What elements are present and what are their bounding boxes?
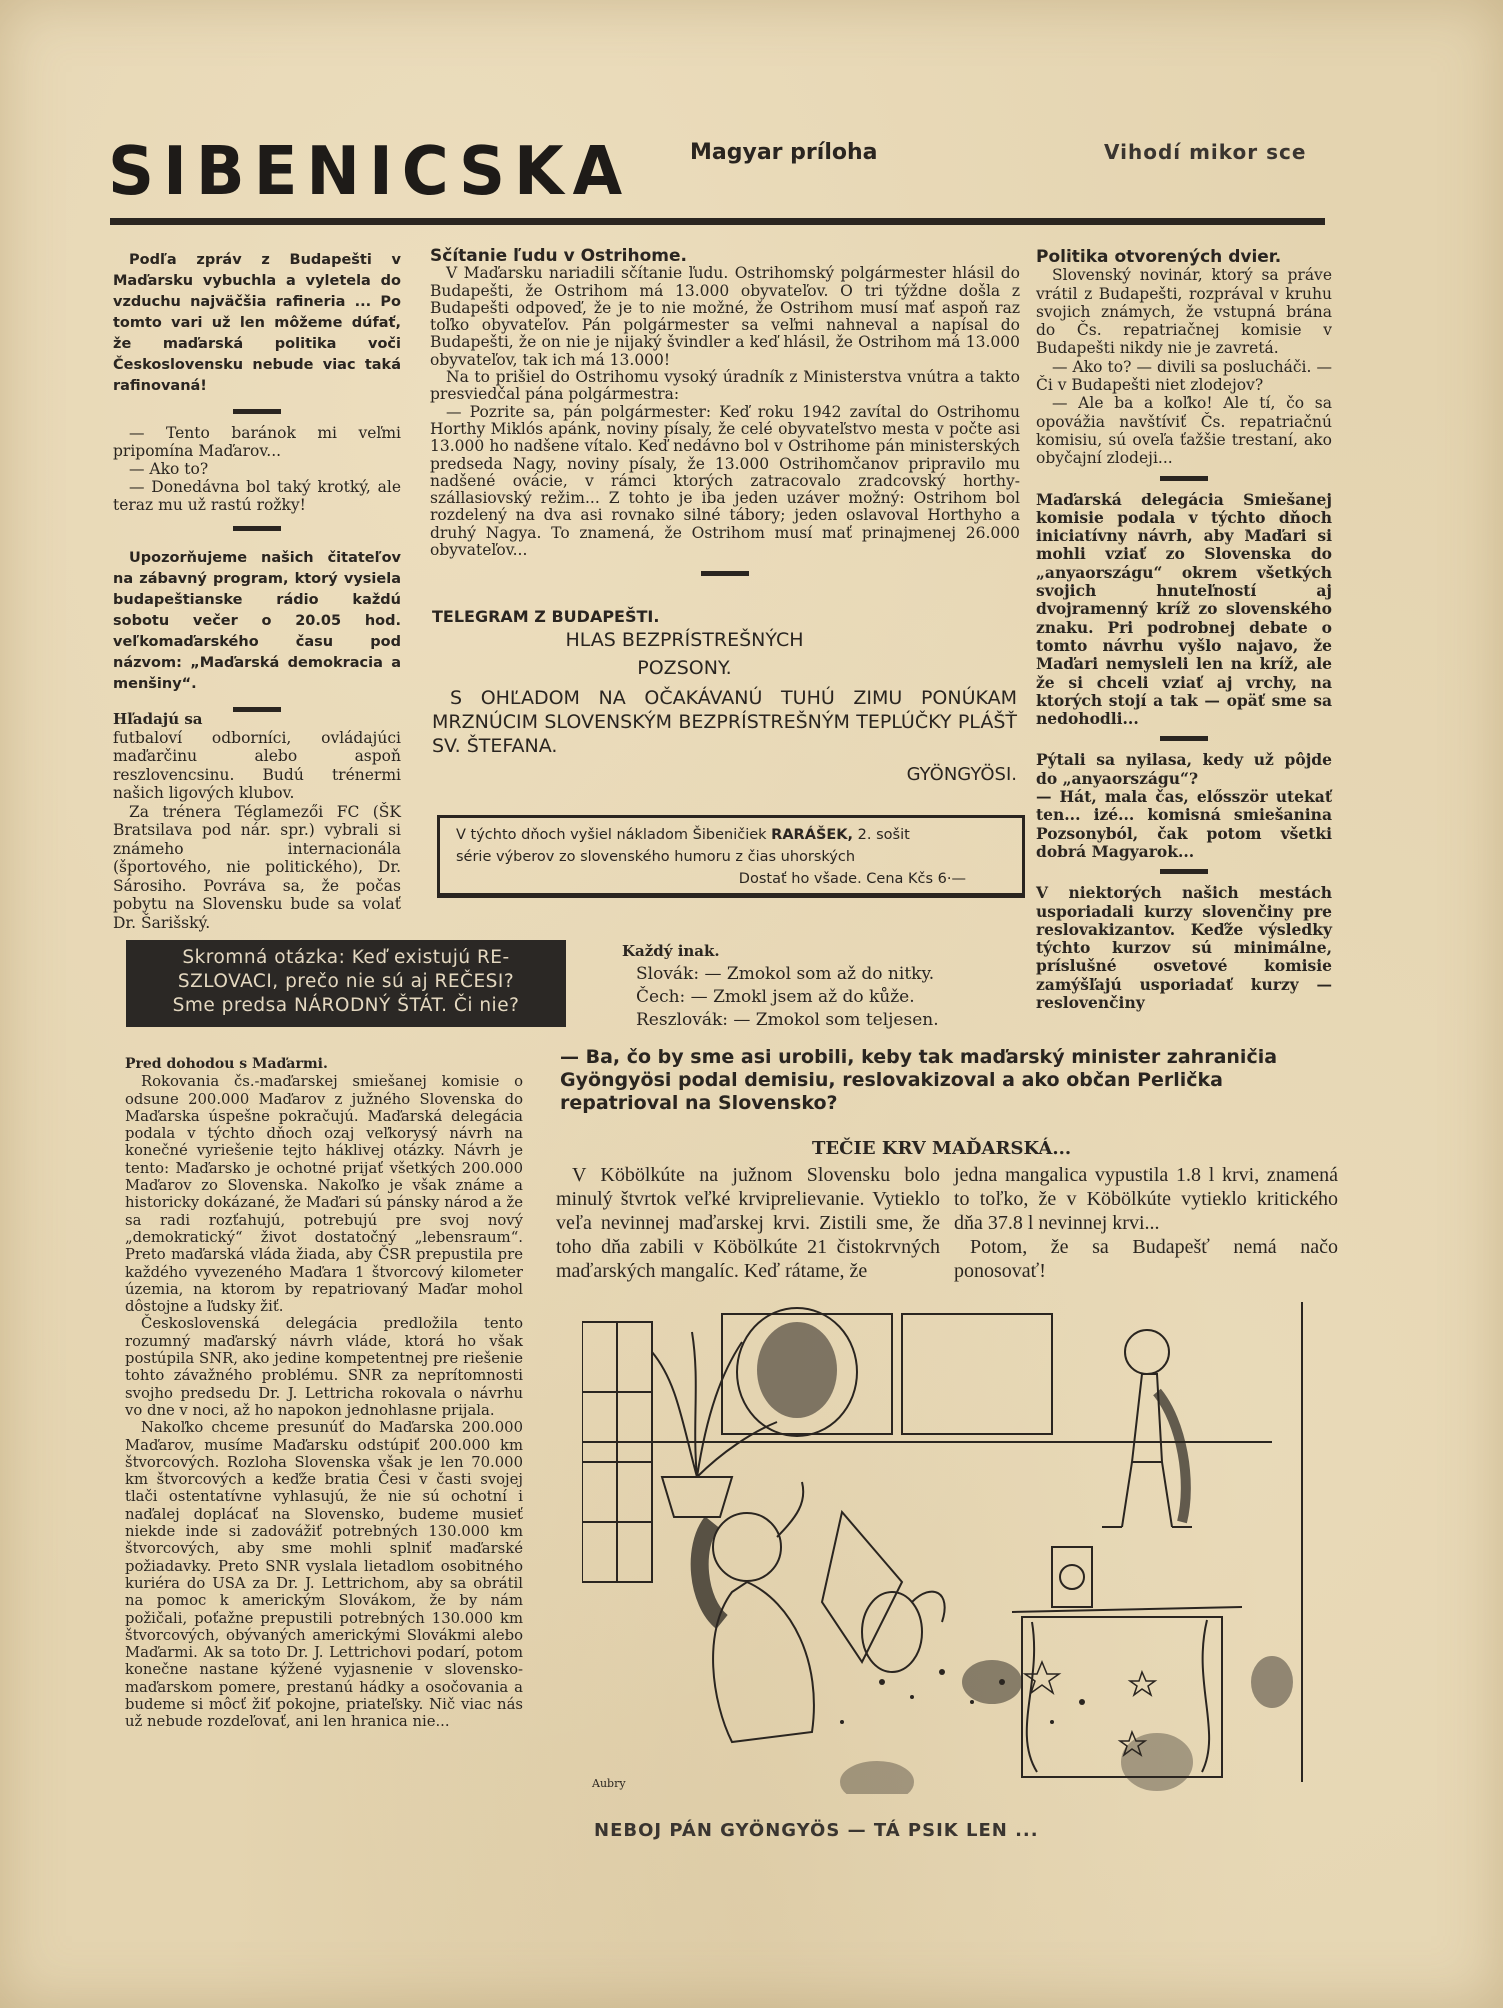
everybody-line: Reszlovák: — Zmokol som teljesen.	[622, 1009, 1022, 1032]
telegram-body: S OHĽADOM NA OČAKÁVANÚ TUHÚ ZIMU PONÚKAM…	[432, 686, 1017, 758]
nyilas-answer: — Hát, mala čas, elősször utekať ten... …	[1036, 788, 1332, 861]
joke-line: — Ako to?	[113, 460, 401, 478]
census-paragraph: — Pozrite sa, pán polgármester: Keď roku…	[430, 404, 1020, 560]
blood-paragraph: V Köbölkúte na južnom Slovensku bolo min…	[556, 1163, 940, 1283]
everybody-differently: Každý inak. Slovák: — Zmokol som až do n…	[622, 940, 1022, 1032]
open-doors-title: Politika otvorených dvier.	[1036, 248, 1332, 266]
census-title: Sčítanie ľudu v Ostrihome.	[430, 248, 1020, 265]
telegram-signature: GYÖNGYÖSI.	[432, 764, 1017, 785]
blood-title: TEČIE KRV MAĎARSKÁ...	[812, 1138, 1071, 1159]
divider	[1160, 736, 1208, 741]
everybody-line: Čech: — Zmokl jsem až do kůže.	[622, 986, 1022, 1009]
masthead-motto: Vihodí mikor sce	[1104, 140, 1306, 164]
box-line: Sme predsa NÁRODNÝ ŠTÁT. Či nie?	[126, 994, 566, 1018]
agreement-paragraph: Nakoľko chceme presunúť do Maďarska 200.…	[125, 1419, 523, 1730]
wanted-article: Hľadajú sa futbaloví odborníci, ovládajú…	[113, 710, 401, 932]
wanted-title: Hľadajú sa	[113, 710, 401, 729]
left-column-top: Podľa zpráv z Budapešti v Maďarsku vybuc…	[113, 250, 401, 428]
ad-text: 2. sošit	[858, 827, 910, 843]
divider	[1160, 869, 1208, 874]
divider	[233, 409, 281, 414]
lamb-joke: — Tento baránok mi veľmi pripomína Maďar…	[113, 424, 401, 545]
cartoon-caption: NEBOJ PÁN GYÖNGYÖS — TÁ PSIK LEN ...	[594, 1820, 1039, 1841]
agreement-paragraph: Rokovania čs.-maďarskej smiešanej komisi…	[125, 1073, 523, 1315]
modest-question-box: Skromná otázka: Keď existujú RE- SZLOVAC…	[126, 940, 566, 1027]
agreement-title: Pred dohodou s Maďarmi.	[125, 1056, 523, 1073]
ad-price: Dostať ho všade. Cena Kčs 6·—	[456, 868, 1006, 890]
census-paragraph: Na to prišiel do Ostrihomu vysoký úradní…	[430, 369, 1020, 404]
divider	[1160, 476, 1208, 481]
supplement-label: Magyar príloha	[690, 140, 877, 165]
nyilas-question: Pýtali sa nyilasa, kedy už pôjde do „any…	[1036, 751, 1332, 788]
masthead-title: SIBENICSKA	[108, 133, 631, 211]
census-paragraph: V Maďarsku nariadili sčítanie ľudu. Ostr…	[430, 265, 1020, 369]
box-line: Skromná otázka: Keď existujú RE-	[126, 946, 566, 970]
blood-article: V Köbölkúte na južnom Slovensku bolo min…	[556, 1163, 1338, 1283]
telegram-title: TELEGRAM Z BUDAPEŠTI.	[432, 607, 1017, 626]
divider	[701, 571, 749, 576]
courses-text: V niektorých našich mestách usporiadali …	[1036, 884, 1332, 1012]
divider	[233, 526, 281, 531]
everybody-title: Každý inak.	[622, 940, 1022, 963]
agreement-article: Pred dohodou s Maďarmi. Rokovania čs.-ma…	[125, 1056, 523, 1731]
open-doors-paragraph: — Ako to? — divili sa poslucháči. — Či v…	[1036, 358, 1332, 395]
telegram-line: POZSONY.	[352, 654, 1017, 682]
blood-paragraph: jedna mangalica vypustila 1.8 l krvi, zn…	[954, 1163, 1338, 1235]
rarasek-advertisement: V týchto dňoch vyšiel nákladom Šibeničie…	[437, 815, 1025, 898]
open-doors-paragraph: Slovenský novinár, ktorý sa práve vrátil…	[1036, 266, 1332, 357]
telegram-line: HLAS BEZPRÍSTREŠNÝCH	[352, 626, 1017, 654]
gyongyosi-question: — Ba, čo by sme asi urobili, keby tak ma…	[560, 1046, 1340, 1115]
census-article: Sčítanie ľudu v Ostrihome. V Maďarsku na…	[430, 248, 1020, 590]
box-line: SZLOVACI, prečo nie sú aj REČESI?	[126, 970, 566, 994]
joke-line: — Tento baránok mi veľmi pripomína Maďar…	[113, 424, 401, 460]
cartoon-illustration: Aubry	[582, 1302, 1314, 1794]
ad-text: V týchto dňoch vyšiel nákladom Šibeničie…	[456, 827, 767, 843]
ad-text: série výberov zo slovenského humoru z či…	[456, 846, 1006, 868]
agreement-paragraph: Československá delegácia predložila tent…	[125, 1315, 523, 1419]
wanted-paragraph: futbaloví odborníci, ovládajúci maďarčin…	[113, 729, 401, 803]
telegram-article: TELEGRAM Z BUDAPEŠTI. HLAS BEZPRÍSTREŠNÝ…	[432, 607, 1017, 785]
ad-title: RARÁŠEK,	[771, 827, 853, 843]
open-doors-paragraph: — Ale ba a koľko! Ale tí, čo sa opovážia…	[1036, 394, 1332, 467]
cartoon-signature: Aubry	[591, 1777, 626, 1790]
joke-line: — Donedávna bol taký krotký, ale teraz m…	[113, 478, 401, 514]
refinery-intro: Podľa zpráv z Budapešti v Maďarsku vybuc…	[113, 250, 401, 397]
everybody-line: Slovák: — Zmokol som až do nitky.	[622, 963, 1022, 986]
delegation-text: Maďarská delegácia Smiešanej komisie pod…	[1036, 491, 1332, 729]
masthead-rule	[110, 218, 1325, 225]
wanted-paragraph: Za trénera Téglamezői FC (ŠK Bratsilava …	[113, 803, 401, 933]
blood-paragraph: Potom, že sa Budapešť nemá načo ponosova…	[954, 1235, 1338, 1283]
open-doors-article: Politika otvorených dvier. Slovenský nov…	[1036, 248, 1332, 1012]
